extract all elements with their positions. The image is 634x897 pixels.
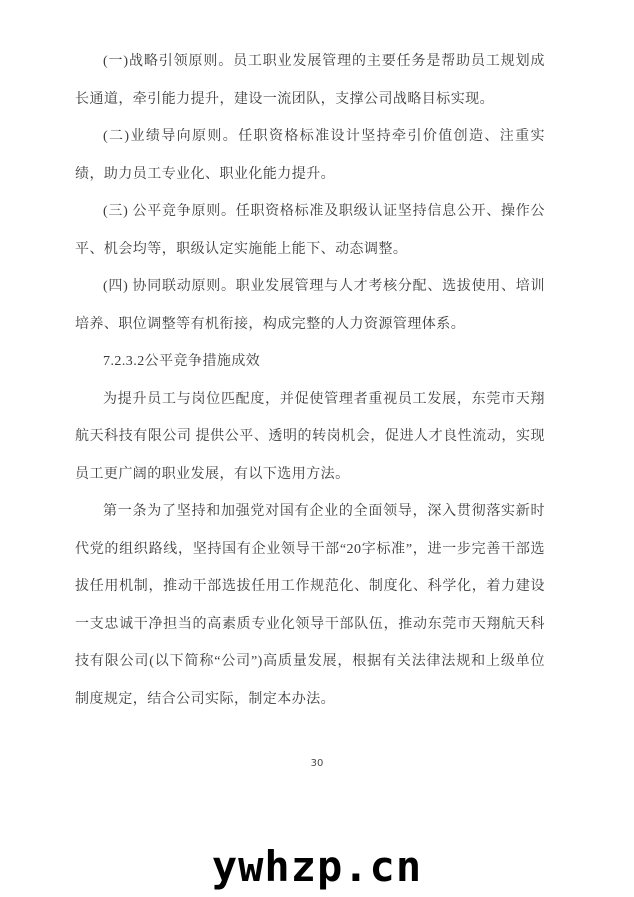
paragraph-principle-2: (二)业绩导向原则。任职资格标准设计坚持牵引价值创造、注重实绩，助力员工专业化、… [75,118,545,193]
paragraph-principle-1: (一)战略引领原则。员工职业发展管理的主要任务是帮助员工规划成长通道，牵引能力提… [75,43,545,118]
document-page: (一)战略引领原则。员工职业发展管理的主要任务是帮助员工规划成长通道，牵引能力提… [0,0,634,897]
paragraph-transfer-intro: 为提升员工与岗位匹配度，并促使管理者重视员工发展，东莞市天翔航天科技有限公司 提… [75,381,545,494]
paragraph-article-1: 第一条为了坚持和加强党对国有企业的全面领导，深入贯彻落实新时代党的组织路线，坚持… [75,493,545,718]
watermark-text: ywhzp.cn [0,842,634,891]
paragraph-principle-3: (三) 公平竞争原则。任职资格标准及职级认证坚持信息公开、操作公平、机会均等，职… [75,193,545,268]
section-heading-7-2-3-2: 7.2.3.2公平竞争措施成效 [75,343,545,381]
document-body: (一)战略引领原则。员工职业发展管理的主要任务是帮助员工规划成长通道，牵引能力提… [75,43,545,718]
page-number: 30 [0,758,634,769]
paragraph-principle-4: (四) 协同联动原则。职业发展管理与人才考核分配、选拔使用、培训培养、职位调整等… [75,268,545,343]
